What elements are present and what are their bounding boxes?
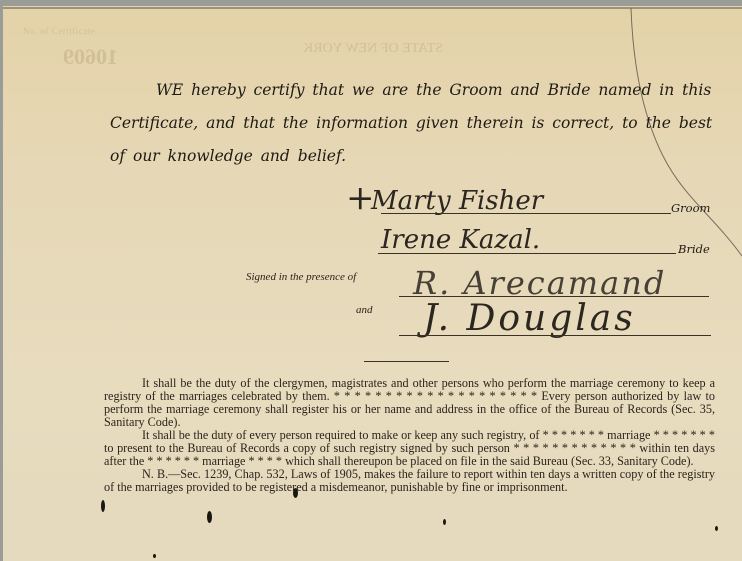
groom-signature: Marty Fisher — [371, 186, 543, 216]
witness-2-signature: J. Douglas — [423, 298, 636, 339]
bleed-through-certificate-label: No. of Certificate — [23, 26, 95, 36]
bride-signature-line — [378, 253, 676, 254]
ink-stain — [293, 488, 298, 498]
legal-paragraph-1: It shall be the duty of the clergymen, m… — [104, 377, 715, 429]
bride-label: Bride — [678, 242, 710, 256]
ink-stain — [443, 519, 446, 525]
groom-label: Groom — [671, 201, 710, 215]
groom-signature-line — [381, 213, 671, 214]
ink-stain — [101, 500, 105, 512]
bride-signature: Irene Kazal. — [381, 225, 540, 255]
witness-1-signature-line — [399, 296, 709, 297]
ink-stain — [153, 554, 156, 558]
certification-statement: WE hereby certify that we are the Groom … — [110, 74, 720, 173]
ink-stain — [207, 511, 212, 523]
witness-2-signature-line — [399, 335, 711, 336]
bleed-through-certificate-number: 10609 — [63, 44, 118, 70]
blank-signature-line — [364, 361, 449, 362]
legal-paragraph-2: It shall be the duty of every person req… — [104, 429, 715, 468]
certificate-page: No. of Certificate 10609 STATE OF NEW YO… — [3, 6, 742, 561]
legal-notice: It shall be the duty of the clergymen, m… — [104, 377, 715, 494]
ink-stain — [715, 526, 718, 531]
and-label: and — [356, 304, 373, 316]
legal-paragraph-3: N. B.—Sec. 1239, Chap. 532, Laws of 1905… — [104, 468, 715, 494]
witness-intro-label: Signed in the presence of — [246, 271, 356, 283]
bleed-through-heading: STATE OF NEW YORK — [303, 41, 443, 57]
